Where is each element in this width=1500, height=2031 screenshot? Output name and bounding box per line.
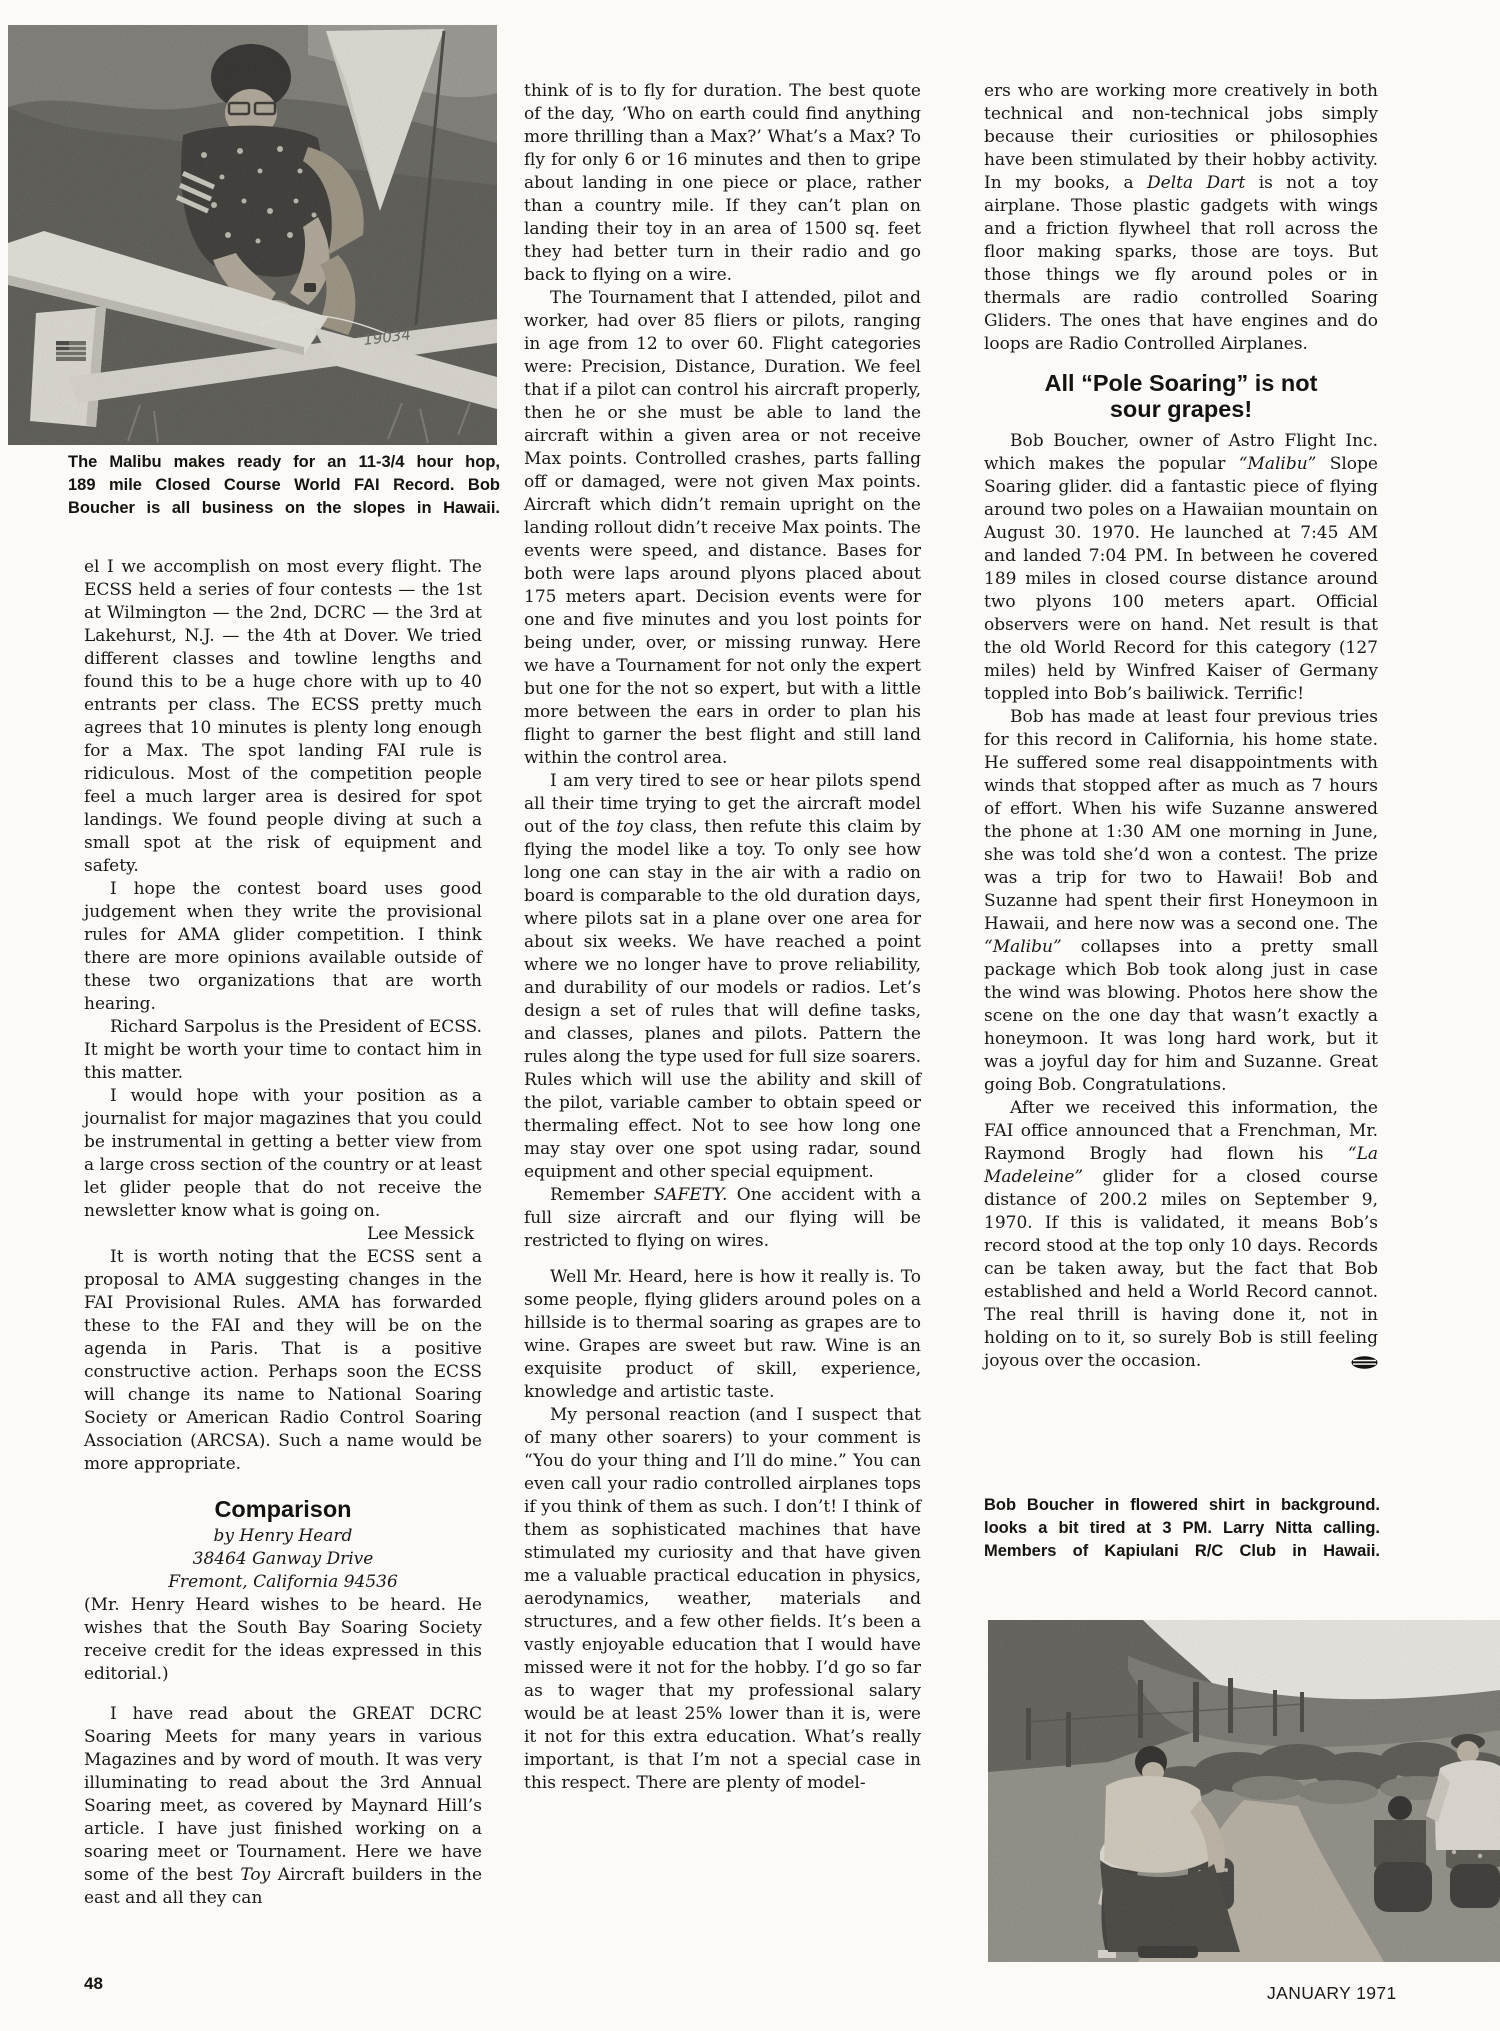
paragraph: Richard Sarpolus is the President of ECS… (84, 1016, 482, 1085)
paragraph: I would hope with your position as a jou… (84, 1085, 482, 1223)
paragraph: ers who are working more creatively in b… (984, 80, 1378, 356)
paragraph: think of is to fly for duration. The bes… (524, 80, 921, 287)
middle-column: think of is to fly for duration. The bes… (524, 80, 921, 1795)
page-number: 48 (84, 1974, 103, 1994)
paragraph: el I we accomplish on most every flight.… (84, 556, 482, 878)
paragraph-text: After we received this information, the … (984, 1098, 1378, 1371)
paragraph: It is worth noting that the ECSS sent a … (84, 1246, 482, 1476)
paragraph: The Tournament that I attended, pilot an… (524, 287, 921, 770)
paragraph: Bob Boucher, owner of Astro Flight Inc. … (984, 430, 1378, 706)
caption-line: 189 mile Closed Course World FAI Record.… (68, 474, 500, 497)
issue-date: JANUARY 1971 (1267, 1983, 1397, 2004)
bottom-right-photo-kapiulani-club (988, 1620, 1500, 1962)
comparison-heading: Comparison (84, 1496, 482, 1522)
paragraph: After we received this information, the … (984, 1097, 1378, 1373)
heading-line: sour grapes! (984, 396, 1378, 422)
caption-line: looks a bit tired at 3 PM. Larry Nitta c… (984, 1517, 1380, 1540)
signature-lee-messick: Lee Messick (84, 1223, 482, 1246)
paragraph: Well Mr. Heard, here is how it really is… (524, 1266, 921, 1404)
byline-address: 38464 Ganway Drive (84, 1548, 482, 1571)
paragraph: I have read about the GREAT DCRC Soaring… (84, 1703, 482, 1910)
top-photo-illustration: 19034 (8, 25, 497, 445)
caption-line: Bob Boucher in flowered shirt in backgro… (984, 1494, 1380, 1517)
left-column: el I we accomplish on most every flight.… (84, 556, 482, 1910)
top-photo-caption: The Malibu makes ready for an 11-3/4 hou… (68, 451, 500, 520)
byline-author: by Henry Heard (84, 1525, 482, 1548)
paragraph: (Mr. Henry Heard wishes to be heard. He … (84, 1594, 482, 1686)
paragraph: My personal reaction (and I suspect that… (524, 1404, 921, 1795)
byline-city: Fremont, California 94536 (84, 1571, 482, 1594)
paragraph: I hope the contest board uses good judge… (84, 878, 482, 1016)
paragraph: Bob has made at least four previous trie… (984, 706, 1378, 1097)
heading-line: All “Pole Soaring” is not (984, 370, 1378, 396)
paragraph: Remember SAFETY. One accident with a ful… (524, 1184, 921, 1253)
caption-line: Members of Kapiulani R/C Club in Hawaii. (984, 1540, 1380, 1563)
pole-soaring-heading: All “Pole Soaring” is not sour grapes! (984, 370, 1378, 422)
top-left-photo-bob-boucher-glider: 19034 (8, 25, 497, 445)
right-column: ers who are working more creatively in b… (984, 80, 1378, 1373)
caption-line: Boucher is all business on the slopes in… (68, 497, 500, 520)
caption-line: The Malibu makes ready for an 11-3/4 hou… (68, 451, 500, 474)
magazine-page: 19034 The Malibu makes ready for an 11-3… (0, 0, 1500, 2031)
bottom-photo-caption: Bob Boucher in flowered shirt in backgro… (984, 1494, 1380, 1563)
bottom-photo-illustration (988, 1620, 1500, 1962)
end-of-article-icon (1325, 1356, 1378, 1369)
paragraph: I am very tired to see or hear pilots sp… (524, 770, 921, 1184)
